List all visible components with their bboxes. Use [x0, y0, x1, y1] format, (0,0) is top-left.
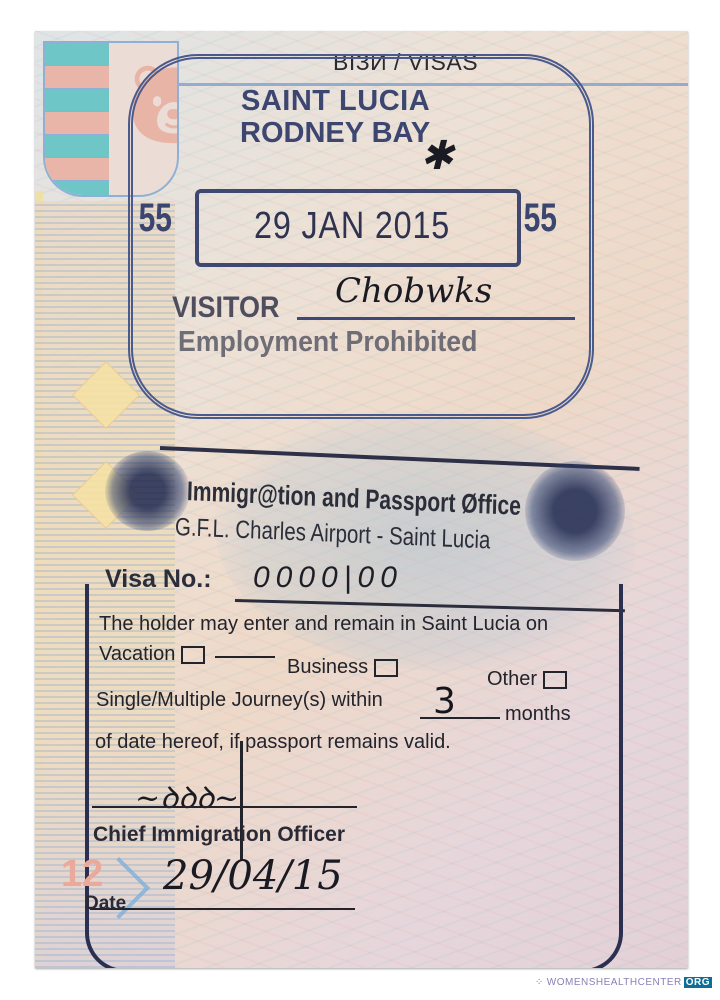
issue-date-handwritten: 29/04/15 — [163, 853, 343, 899]
option-label: Other — [487, 668, 537, 690]
option-label: Vacation — [99, 643, 175, 665]
option-vacation: Vacation — [99, 643, 205, 666]
option-other: Other — [487, 668, 567, 691]
officer-signature-line — [92, 806, 357, 808]
officer-signature: ~ꝺꝺꝺ~ — [135, 776, 239, 817]
date-label: Date — [85, 893, 126, 915]
watermark-tld: ORG — [684, 977, 712, 988]
dots-icon: ⁘ — [535, 977, 544, 988]
signature-line — [297, 317, 575, 320]
date-line — [90, 908, 355, 910]
vacation-check-mark — [215, 656, 275, 658]
watermark-site: WOMENSHEALTHCENTER — [547, 977, 682, 988]
option-business: Business — [287, 656, 398, 679]
visitor-signature: Chobwks — [335, 271, 492, 311]
officer-label: Chief Immigration Officer — [93, 823, 345, 847]
option-label: Business — [287, 656, 368, 678]
other-checkbox — [543, 671, 567, 689]
passport-page: 🐻︎ ВІЗИ / VISAS SAINT LUCIA RODNEY BAY ✱… — [35, 31, 688, 968]
business-checkbox — [374, 659, 398, 677]
stamp-number-left: 55 — [139, 196, 172, 241]
months-value: 3 — [433, 681, 456, 722]
months-line — [420, 717, 500, 719]
visitor-label: VISITOR — [172, 291, 280, 325]
emblem-blot-right — [525, 461, 625, 561]
vacation-checkbox — [181, 646, 205, 664]
stamp-location-line1: SAINT LUCIA — [241, 85, 430, 118]
validity-text: of date hereof, if passport remains vali… — [95, 731, 451, 754]
initial-mark: ✱ — [420, 133, 454, 179]
employment-restriction: Employment Prohibited — [178, 326, 477, 359]
stamp-number-right: 55 — [524, 196, 557, 241]
entry-date-box: 29 JAN 2015 — [195, 189, 521, 267]
months-label: months — [505, 703, 571, 726]
journey-text: Single/Multiple Journey(s) within — [96, 689, 383, 712]
entry-date: 29 JAN 2015 — [254, 205, 450, 248]
stamp-location-line2: RODNEY BAY — [240, 117, 430, 150]
watermark-logo: ⁘WOMENSHEALTHCENTERORG — [535, 977, 712, 988]
holder-text: The holder may enter and remain in Saint… — [99, 613, 548, 636]
